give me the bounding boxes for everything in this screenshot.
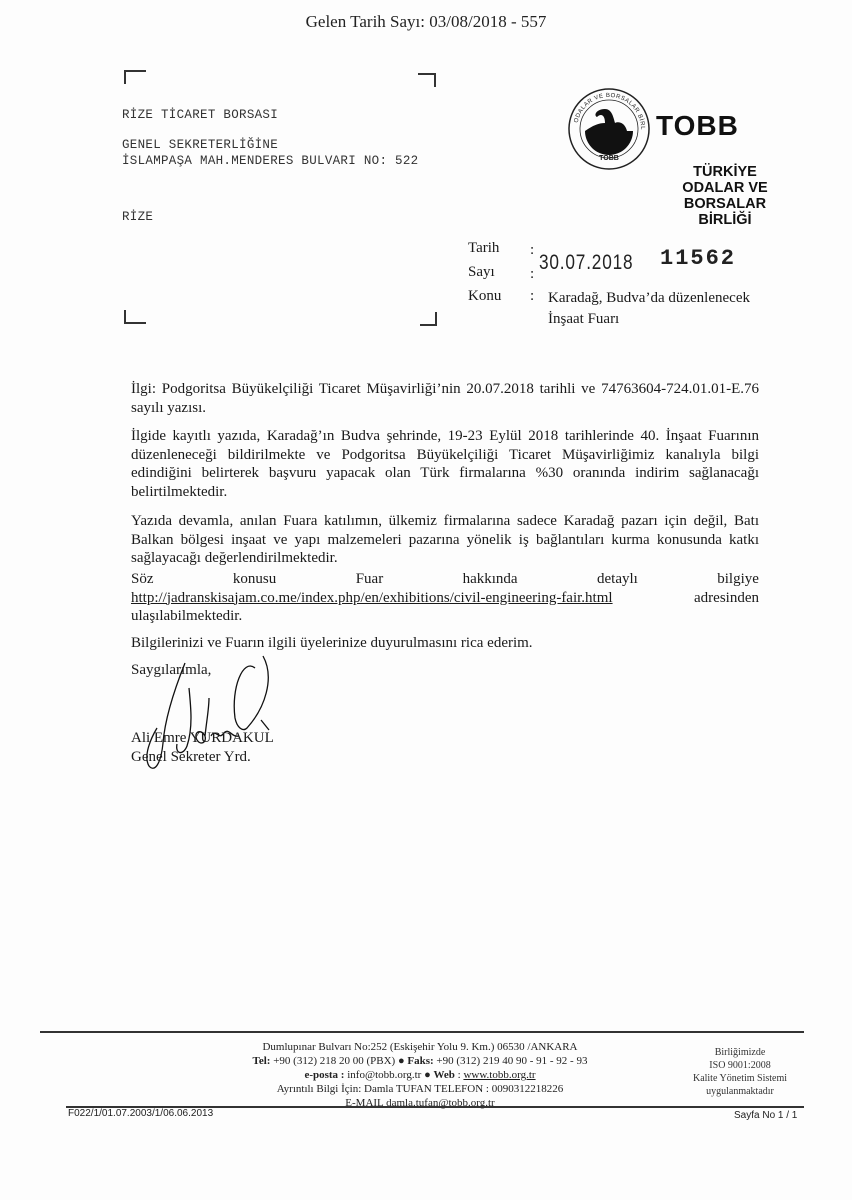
- footer-divider-top: [40, 1031, 804, 1033]
- signatory-title: Genel Sekreter Yrd.: [131, 748, 274, 767]
- tobb-seal-logo-icon: TOBB ODALAR VE BORSALAR BİRLİĞİ: [567, 87, 651, 171]
- recipient-name: RİZE TİCARET BORSASI: [122, 108, 278, 122]
- subject-label: Konu: [468, 288, 501, 305]
- organization-name: TÜRKİYE ODALAR VE BORSALAR BİRLİĞİ: [640, 164, 810, 228]
- body-paragraph-3: Söz konusu Fuar hakkında detaylı bilgiye…: [131, 570, 759, 626]
- paragraph-3-link-line: http://jadranskisajam.co.me/index.php/en…: [131, 589, 759, 608]
- iso-line-3: Kalite Yönetim Sistemi: [670, 1072, 810, 1085]
- window-corner-top-left: [124, 70, 146, 84]
- form-code: F022/1/01.07.2003/1/06.06.2013: [68, 1108, 213, 1119]
- page-number: Sayfa No 1 / 1: [734, 1110, 797, 1121]
- svg-text:TOBB: TOBB: [599, 155, 619, 162]
- org-line-3: BİRLİĞİ: [640, 212, 810, 228]
- signatory-block: Ali Emre YURDAKUL Genel Sekreter Yrd.: [131, 729, 274, 767]
- window-corner-bottom-right: [420, 312, 437, 326]
- subject-value: Karadağ, Budva’da düzenlenecek İnşaat Fu…: [548, 288, 750, 330]
- tel-label: Tel:: [253, 1055, 271, 1067]
- web-label: Web: [433, 1069, 454, 1081]
- word: adresinden: [694, 589, 759, 608]
- footer-contact: Dumlupınar Bulvarı No:252 (Eskişehir Yol…: [220, 1040, 620, 1110]
- document-number: 11562: [660, 246, 736, 271]
- subject-separator: :: [530, 288, 534, 305]
- word: hakkında: [463, 570, 518, 589]
- signatory-name: Ali Emre YURDAKUL: [131, 729, 274, 748]
- recipient-street: İSLAMPAŞA MAH.MENDERES BULVARI NO: 522: [122, 154, 418, 168]
- paragraph-3-end: ulaşılabilmektedir.: [131, 607, 759, 626]
- window-corner-top-right: [418, 73, 436, 87]
- date-separator: :: [530, 242, 534, 259]
- recipient-city: RİZE: [122, 210, 153, 224]
- window-corner-bottom-left: [124, 310, 146, 324]
- footer-contact-email: E-MAIL damla.tufan@tobb.org.tr: [220, 1096, 620, 1110]
- number-label: Sayı: [468, 264, 495, 281]
- received-stamp: Gelen Tarih Sayı: 03/08/2018 - 557: [0, 12, 852, 32]
- iso-certification-note: Birliğimizde ISO 9001:2008 Kalite Yöneti…: [670, 1046, 810, 1098]
- footer-phone-fax: Tel: +90 (312) 218 20 00 (PBX) ● Faks: +…: [220, 1054, 620, 1068]
- iso-line-4: uygulanmaktadır: [670, 1085, 810, 1098]
- web-link[interactable]: www.tobb.org.tr: [463, 1069, 535, 1081]
- tel-value: +90 (312) 218 20 00 (PBX): [273, 1055, 395, 1067]
- bullet-icon: ●: [424, 1069, 431, 1081]
- word: bilgiye: [717, 570, 759, 589]
- iso-line-1: Birliğimizde: [670, 1046, 810, 1059]
- subject-line-1: Karadağ, Budva’da düzenlenecek: [548, 288, 750, 309]
- tobb-logo-text: TOBB: [656, 110, 739, 142]
- body-paragraph-2: Yazıda devamla, anılan Fuara katılımın, …: [131, 512, 759, 568]
- email-value[interactable]: info@tobb.org.tr: [347, 1069, 421, 1081]
- email-label: e-posta :: [304, 1069, 344, 1081]
- footer-contact-person: Ayrıntılı Bilgi İçin: Damla TUFAN TELEFO…: [220, 1082, 620, 1096]
- bullet-icon: ●: [398, 1055, 405, 1067]
- recipient-department: GENEL SEKRETERLİĞİNE: [122, 138, 278, 152]
- org-line-2: ODALAR VE BORSALAR: [640, 180, 810, 212]
- word: Fuar: [356, 570, 384, 589]
- number-separator: :: [530, 266, 534, 283]
- fax-value: +90 (312) 219 40 90 - 91 - 92 - 93: [436, 1055, 587, 1067]
- word: konusu: [233, 570, 276, 589]
- org-line-1: TÜRKİYE: [640, 164, 810, 180]
- iso-line-2: ISO 9001:2008: [670, 1059, 810, 1072]
- date-value: 30.07.2018: [539, 251, 633, 275]
- footer-email-web: e-posta : info@tobb.org.tr ● Web : www.t…: [220, 1068, 620, 1082]
- reference-paragraph: İlgi: Podgoritsa Büyükelçiliği Ticaret M…: [131, 380, 759, 417]
- fax-label: Faks:: [407, 1055, 433, 1067]
- subject-line-2: İnşaat Fuarı: [548, 309, 750, 330]
- paragraph-3-first-line: Söz konusu Fuar hakkında detaylı bilgiye: [131, 570, 759, 589]
- date-label: Tarih: [468, 240, 499, 257]
- word: detaylı: [597, 570, 638, 589]
- body-paragraph-1: İlgide kayıtlı yazıda, Karadağ’ın Budva …: [131, 427, 759, 501]
- footer-address: Dumlupınar Bulvarı No:252 (Eskişehir Yol…: [220, 1040, 620, 1054]
- word: Söz: [131, 570, 154, 589]
- fair-website-link[interactable]: http://jadranskisajam.co.me/index.php/en…: [131, 589, 613, 608]
